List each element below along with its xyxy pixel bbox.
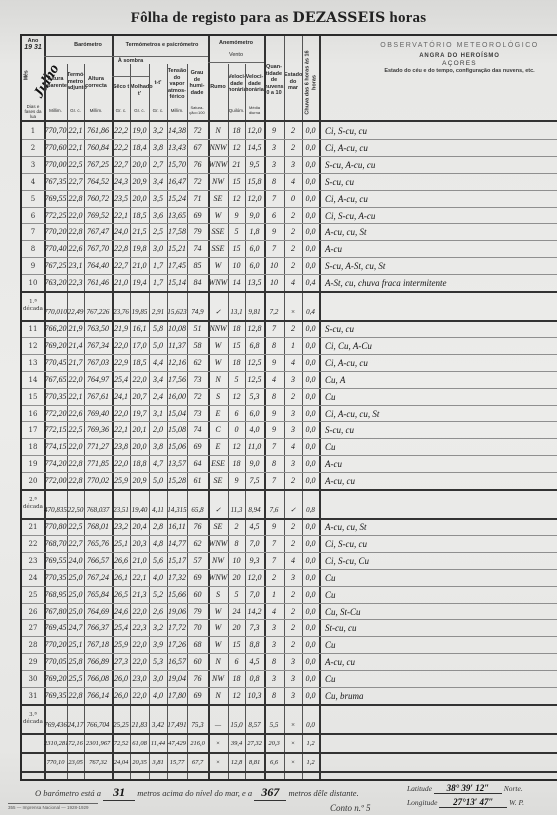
day-number: 1 [22, 123, 44, 140]
wind-speed-header: Veloci-dade horária [228, 74, 245, 94]
cell-nuv: 8 [264, 389, 284, 406]
stamp-region: AÇORES [372, 60, 547, 67]
cell-remark: S-cu, cu [319, 321, 557, 338]
remarks-column-header: Estado do céu e do tempo, configuração d… [372, 68, 547, 74]
cell-alt-ap: 769,55 [44, 553, 67, 570]
cell-vel1: 20 [228, 620, 245, 637]
cell-mar: 4 [284, 174, 302, 191]
cell-hum: 71 [187, 191, 208, 208]
cell-term: 22,6 [67, 406, 84, 423]
day-number: 30 [22, 671, 44, 688]
cell-seco: 25,9 [112, 473, 130, 490]
cell-diff: 2,6 [149, 604, 167, 621]
cell-nuv: 7 [264, 241, 284, 258]
wind-direction-header: Rumo [208, 84, 228, 91]
cell-nuv: 10 [264, 258, 284, 275]
cell-seco: 23,5 [112, 191, 130, 208]
cell-vel1: 12 [228, 688, 245, 705]
cell-molh: 20,9 [130, 473, 149, 490]
cell-nuv: 9 [264, 355, 284, 372]
cell-molh: 20,9 [130, 174, 149, 191]
cell-vel2: 7,3 [245, 620, 264, 637]
cell-seco: 27,3 [112, 654, 130, 671]
cell-chuva: 0,0 [302, 654, 319, 671]
cell-alt-corr: 760,72 [84, 191, 112, 208]
cell-nuv: 4 [264, 372, 284, 389]
cell-tensao: 13,57 [167, 456, 187, 473]
cell-hum: 68 [187, 637, 208, 654]
cell-seco: 23,8 [112, 439, 130, 456]
cell-molh: 20,1 [130, 422, 149, 439]
cell-diff: 2,5 [149, 224, 167, 241]
cell-mar: 1 [284, 338, 302, 355]
cell-diff: 3,4 [149, 372, 167, 389]
cell-nuv: 8 [264, 174, 284, 191]
cell-chuva: 0,0 [302, 473, 319, 490]
cell-alt-corr: 767,47 [84, 224, 112, 241]
cell-alt-ap: 770,05 [44, 654, 67, 671]
cell-nuv: 8 [264, 338, 284, 355]
cell-remark: Cu [319, 389, 557, 406]
cell-hum: 79 [187, 224, 208, 241]
cell-tensao: 15,06 [167, 439, 187, 456]
cell-chuva: 0,0 [302, 321, 319, 338]
cell-diff: 3,2 [149, 620, 167, 637]
cell-diff: 4,0 [149, 570, 167, 587]
cell-term: 22,5 [67, 422, 84, 439]
cell-seco: 22,1 [112, 422, 130, 439]
cell-mar: 2 [284, 321, 302, 338]
cell-rumo: W [208, 258, 228, 275]
baro-height-value: 31 [103, 785, 135, 801]
table-row: 6772,2522,0769,5222,118,53,613,6569W99,0… [22, 208, 557, 225]
cell-alt-ap: 770,20 [44, 224, 67, 241]
cell-vel1: 12 [228, 140, 245, 157]
cell-seco: 26,6 [112, 553, 130, 570]
cell-diff: 2,4 [149, 389, 167, 406]
signature: Conto n.º 5 [330, 803, 371, 813]
table-row: 22768,7022,7765,7625,120,34,814,7762WNW8… [22, 536, 557, 553]
cell-mar: 2 [284, 241, 302, 258]
cell-hum: 76 [187, 671, 208, 688]
cell-diff: 5,0 [149, 338, 167, 355]
cell-diff: 3,1 [149, 406, 167, 423]
cell-tensao: 15,08 [167, 422, 187, 439]
day-number: 18 [22, 439, 44, 456]
cell-remark: Ci, A-cu, cu [319, 191, 557, 208]
cell-mar: 2 [284, 587, 302, 604]
cell-rumo: S [208, 389, 228, 406]
cell-remark: Ci, A-cu, cu [319, 355, 557, 372]
cell-alt-corr: 767,70 [84, 241, 112, 258]
cell-mar: × [284, 734, 302, 753]
cell-tensao: 12,16 [167, 355, 187, 372]
cell-rumo: N [208, 688, 228, 705]
day-number: 20 [22, 473, 44, 490]
cell-rumo: WNW [208, 157, 228, 174]
cell-vel1: 15 [228, 637, 245, 654]
cell-chuva: 0,0 [302, 422, 319, 439]
cell-vel1: 24 [228, 604, 245, 621]
cell-remark: A-cu, cu, St [319, 519, 557, 536]
cell-mar: 2 [284, 123, 302, 140]
cell-vel1: 6 [228, 654, 245, 671]
cell-rumo: WNW [208, 536, 228, 553]
cell-alt-ap: 770,70 [44, 123, 67, 140]
cell-tensao: 15,77 [167, 753, 187, 772]
cell-hum: 84 [187, 275, 208, 292]
table-row: 3770,0022,5767,2522,720,02,715,7076WNW21… [22, 157, 557, 174]
cell-nuv: 7 [264, 191, 284, 208]
cell-vel2: 12,5 [245, 355, 264, 372]
cell-seco: 23,2 [112, 519, 130, 536]
cell-vel2: 4,0 [245, 422, 264, 439]
cell-seco: 24,3 [112, 174, 130, 191]
cell-seco: 25,1 [112, 536, 130, 553]
unit-saturation: Satura-ção=100 [187, 106, 207, 115]
cell-nuv: 9 [264, 422, 284, 439]
cell-rumo: W [208, 338, 228, 355]
cell-diff: 3,9 [149, 637, 167, 654]
cell-term: 25,0 [67, 604, 84, 621]
cell-seco: 24,6 [112, 604, 130, 621]
cell-vel2: 12,8 [245, 321, 264, 338]
cell-vel1: 10 [228, 258, 245, 275]
cell-chuva: 0,0 [302, 536, 319, 553]
unit-grc-4: Gr. c. [149, 108, 167, 115]
cell-remark: A-cu, cu [319, 654, 557, 671]
cell-hum: 72 [187, 174, 208, 191]
day-number: 5 [22, 191, 44, 208]
decade-summary-row: 3.ª década769,43624,17766,70425,2521,833… [22, 705, 557, 734]
cell-alt-ap: 767,25 [44, 258, 67, 275]
cell-mar: 4 [284, 275, 302, 292]
cell-alt-corr: 766,57 [84, 553, 112, 570]
title-prefix: Fôlha de registo para as [131, 10, 289, 26]
cell-diff: 2,0 [149, 422, 167, 439]
table-row: 29770,0525,8766,8927,322,05,316,5760N64,… [22, 654, 557, 671]
cell-alt-corr: 768,01 [84, 519, 112, 536]
cell-nuv: 8 [264, 654, 284, 671]
unit-millim-2: Millim. [84, 108, 108, 115]
cell-alt-ap: 774,20 [44, 456, 67, 473]
cell-remark: Ci, S-cu, A-cu [319, 208, 557, 225]
cell-seco: 22,8 [112, 241, 130, 258]
cell-mar: 4 [284, 355, 302, 372]
cell-remark: A-cu, cu, St [319, 224, 557, 241]
cell-alt-ap: 772,20 [44, 406, 67, 423]
cell-alt-corr: 767,25 [84, 157, 112, 174]
cell-chuva: 0,0 [302, 258, 319, 275]
day-number: 24 [22, 570, 44, 587]
cell-remark: Cu [319, 570, 557, 587]
day-number: 11 [22, 321, 44, 338]
cell-hum: 69 [187, 570, 208, 587]
cell-molh: 21,0 [130, 553, 149, 570]
cell-molh: 20,0 [130, 191, 149, 208]
dry-bulb-header: Sêco t [112, 84, 130, 91]
cell-chuva: 0,0 [302, 439, 319, 456]
cell-seco: 26,0 [112, 671, 130, 688]
cell-vel2: 12,0 [245, 570, 264, 587]
cell-alt-corr: 767,24 [84, 570, 112, 587]
cell-alt-ap: 767,80 [44, 604, 67, 621]
cell-molh: 19,0 [130, 123, 149, 140]
table-row: 10763,2022,3761,4621,019,41,715,1484WNW1… [22, 275, 557, 292]
cell-rumo: W [208, 355, 228, 372]
cell-hum: 62 [187, 536, 208, 553]
cell-chuva: 0,0 [302, 123, 319, 140]
day-number: 13 [22, 355, 44, 372]
cell-tensao: 17,56 [167, 372, 187, 389]
cell-hum: 64 [187, 456, 208, 473]
cell-mar: 2 [284, 140, 302, 157]
longitude-label: Longitude [407, 798, 437, 807]
day-number [22, 753, 44, 772]
cell-molh: 19,4 [130, 275, 149, 292]
cell-rumo: E [208, 439, 228, 456]
table-row: 14767,6522,0764,9725,422,03,417,5673N512… [22, 372, 557, 389]
cell-remark: Cu [319, 439, 557, 456]
cell-alt-ap: 767,35 [44, 174, 67, 191]
cell-diff: 3,4 [149, 174, 167, 191]
cell-term: 22,1 [67, 140, 84, 157]
latitude-hemisphere: Norte. [504, 784, 523, 793]
cell-remark: A-cu, cu [319, 473, 557, 490]
cell-term: 21,7 [67, 355, 84, 372]
cell-tensao: 17,80 [167, 688, 187, 705]
day-number: 9 [22, 258, 44, 275]
cell-hum: 60 [187, 654, 208, 671]
cell-hum: 72 [187, 123, 208, 140]
cell-alt-ap: 770,35 [44, 570, 67, 587]
cell-seco: 24,1 [112, 389, 130, 406]
cell-molh: 21,0 [130, 258, 149, 275]
cell-chuva: 0,0 [302, 372, 319, 389]
cell-nuv: 8 [264, 688, 284, 705]
humidity-header: Grau de humi-dade [187, 70, 207, 96]
cell-alt-corr: 764,97 [84, 372, 112, 389]
decade-summary-row: 2.ª década470,83522,50768,03723,5119,404… [22, 490, 557, 519]
cell-alt-ap: 766,20 [44, 321, 67, 338]
sea-state-header: Estado do mar [284, 72, 302, 92]
cell-seco: 22,7 [112, 157, 130, 174]
unit-millim-1: Millim. [44, 108, 67, 115]
cell-vel2: 12,0 [245, 191, 264, 208]
cell-vel1: 15 [228, 241, 245, 258]
cell-alt-corr: 771,27 [84, 439, 112, 456]
cell-rumo: ESE [208, 456, 228, 473]
table-row: 16772,2022,6769,4022,019,73,115,0473E66,… [22, 406, 557, 423]
cell-seco: 22,0 [112, 406, 130, 423]
pencil-draft-values [44, 490, 323, 502]
title-suffix: horas [389, 10, 426, 26]
table-row: 24770,3525,0767,2426,122,14,017,3269WNW2… [22, 570, 557, 587]
cell-chuva: 0,0 [302, 456, 319, 473]
cell-molh: 20,0 [130, 157, 149, 174]
cell-seco: 22,2 [112, 140, 130, 157]
cell-vel1: 5 [228, 224, 245, 241]
cell-molh: 18,5 [130, 355, 149, 372]
cell-remark: S-cu, cu [319, 422, 557, 439]
table-row: 9767,2523,1764,4022,721,01,717,4585W106,… [22, 258, 557, 275]
table-row: 27769,4524,7766,3725,422,33,217,7270W207… [22, 620, 557, 637]
cell-vel1: 15 [228, 338, 245, 355]
vapor-tension-header: Tensão do vapor atmos-férico [167, 68, 187, 101]
cell-mar: 4 [284, 553, 302, 570]
cell-term: 22,8 [67, 456, 84, 473]
cell-seco: 25,4 [112, 372, 130, 389]
cell-molh: 19,8 [130, 241, 149, 258]
cell-mar: 2 [284, 473, 302, 490]
table-row: 11766,2021,9763,5021,916,15,810,0851NNW1… [22, 321, 557, 338]
page-title: Fôlha de registo para as DEZASSEIS horas [0, 10, 557, 27]
cell-tensao: 15,28 [167, 473, 187, 490]
cell-term: 22,8 [67, 224, 84, 241]
cell-remark: Ci, A-cu, cu, St [319, 406, 557, 423]
cell-vel2: 12,0 [245, 123, 264, 140]
baro-middle: metros acima do nível do mar, e a [137, 788, 252, 798]
day-number: 17 [22, 422, 44, 439]
cell-vel2: 7,0 [245, 587, 264, 604]
header-group-rule [44, 56, 112, 57]
cell-molh: 22,3 [130, 620, 149, 637]
cell-mar: 2 [284, 224, 302, 241]
cell-diff: 1,7 [149, 258, 167, 275]
cell-mar: 3 [284, 688, 302, 705]
cell-tensao: 47,429 [167, 734, 187, 753]
cell-nuv: 7 [264, 321, 284, 338]
cell-term: 22,3 [67, 275, 84, 292]
day-number: 28 [22, 637, 44, 654]
cell-mar: 4 [284, 439, 302, 456]
cell-alt-ap: 772,00 [44, 473, 67, 490]
month-label: Mês [24, 70, 31, 80]
cell-alt-ap: 770,45 [44, 355, 67, 372]
cell-mar: 2 [284, 637, 302, 654]
cell-chuva: 0,0 [302, 406, 319, 423]
cell-remark: Ci, S-cu, cu [319, 123, 557, 140]
cell-vel2: 9,0 [245, 456, 264, 473]
cell-term: 72,16 [67, 734, 84, 753]
cell-vel2: 14,5 [245, 140, 264, 157]
longitude-line: Longitude 27°13′ 47″ W. P. [407, 797, 524, 808]
wind-header: Vento [208, 52, 264, 59]
cell-tensao: 17,32 [167, 570, 187, 587]
cell-diff: 3,6 [149, 208, 167, 225]
observatory-stamp: OBSERVATÓRIO METEOROLÓGICO ANGRA DO HERO… [372, 42, 547, 74]
cell-alt-corr: 764,40 [84, 258, 112, 275]
cell-chuva: 0,4 [302, 275, 319, 292]
cell-vel2: 12,5 [245, 372, 264, 389]
cell-vel2: 8,81 [245, 753, 264, 772]
cell-alt-corr: 764,69 [84, 604, 112, 621]
cell-vel2: 8,8 [245, 637, 264, 654]
cell-alt-ap: 770,20 [44, 637, 67, 654]
cell-vel1: 18 [228, 671, 245, 688]
cell-alt-corr: 767,03 [84, 355, 112, 372]
cell-alt-ap: 770,40 [44, 241, 67, 258]
cell-vel1: 21 [228, 157, 245, 174]
cell-term: 22,6 [67, 241, 84, 258]
cell-rumo: SE [208, 191, 228, 208]
cell-seco: 72,52 [112, 734, 130, 753]
cell-vel2: 27,32 [245, 734, 264, 753]
cell-hum: 79 [187, 604, 208, 621]
attached-thermometer-header: Termó-metro adjunto [67, 72, 84, 92]
year-header: Ano 19 31 [22, 38, 44, 51]
cell-mar: 0 [284, 191, 302, 208]
cell-hum: 76 [187, 157, 208, 174]
cell-term: 22,7 [67, 174, 84, 191]
baro-distance-value: 367 [254, 785, 286, 801]
unit-grc-3: Gr. c. [130, 108, 149, 115]
register-table: Ano 19 31 Mês Julho Dias e fases da lua … [20, 34, 557, 781]
rain-header: Chuva das 6 horas às 16 horas [302, 46, 319, 116]
cell-remark: Cu, bruma [319, 688, 557, 705]
pencil-draft-values [44, 705, 323, 717]
cell-vel2: 9,0 [245, 208, 264, 225]
unit-daily-mean: Média diurna [245, 106, 264, 115]
cell-nuv: 7 [264, 439, 284, 456]
cell-vel1: 6 [228, 406, 245, 423]
cell-molh: 23,0 [130, 671, 149, 688]
table-row: 26767,8025,0764,6924,622,02,619,0679W241… [22, 604, 557, 621]
cell-seco: 21,9 [112, 321, 130, 338]
cell-diff: 4,8 [149, 536, 167, 553]
cell-molh: 22,0 [130, 688, 149, 705]
day-number: 7 [22, 224, 44, 241]
cell-hum: 69 [187, 208, 208, 225]
cell-term: 22,7 [67, 536, 84, 553]
cell-vel1: 18 [228, 456, 245, 473]
cell-vel2: 7,5 [245, 473, 264, 490]
table-row: 7770,2022,8767,4724,021,52,517,5879SSE51… [22, 224, 557, 241]
cell-alt-corr: 761,86 [84, 123, 112, 140]
day-number: 3 [22, 157, 44, 174]
monthly-total-row: 770,1023,05767,3224,0420,353,8115,7767,7… [22, 753, 557, 772]
cell-nuv: 7 [264, 553, 284, 570]
cell-chuva: 1,2 [302, 753, 319, 772]
cell-hum: 85 [187, 258, 208, 275]
cell-tensao: 10,08 [167, 321, 187, 338]
cell-term: 24,0 [67, 553, 84, 570]
barometer-note: O barómetro está a 31 metros acima do ní… [35, 785, 359, 801]
cell-nuv: 1 [264, 587, 284, 604]
table-row: 28770,2025,1767,1825,922,03,917,2668W158… [22, 637, 557, 654]
cell-hum: 67,7 [187, 753, 208, 772]
cell-mar: 2 [284, 620, 302, 637]
cell-diff: 5,2 [149, 587, 167, 604]
day-number: 8 [22, 241, 44, 258]
cell-alt-corr: 769,40 [84, 406, 112, 423]
cell-remark: Ci, Cu, A-Cu [319, 338, 557, 355]
cell-rumo: N [208, 372, 228, 389]
cell-term: 21,4 [67, 338, 84, 355]
cell-hum: 70 [187, 620, 208, 637]
day-number: 21 [22, 519, 44, 536]
table-row: 25768,9525,0765,8426,521,35,215,6660S57,… [22, 587, 557, 604]
cell-vel2: 11,0 [245, 439, 264, 456]
cell-chuva: 0,0 [302, 671, 319, 688]
cell-alt-corr: 2301,967 [84, 734, 112, 753]
cell-vel1: 15 [228, 174, 245, 191]
apparent-height-header: Altura aparente [44, 76, 67, 89]
cell-mar: 3 [284, 654, 302, 671]
cell-molh: 22,0 [130, 604, 149, 621]
cell-chuva: 0,0 [302, 208, 319, 225]
cell-alt-corr: 767,18 [84, 637, 112, 654]
